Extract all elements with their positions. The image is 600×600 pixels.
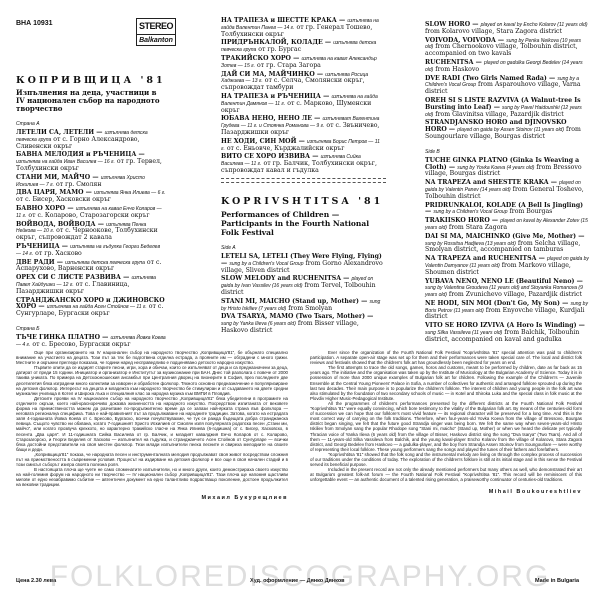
track-item: OREH SI S LISTE RAZVIVA (A Walnut-tree I… (425, 98, 590, 118)
en-subtitle: Performances of Children — Participants … (221, 210, 386, 237)
track-item: НА ТРАПЕЗА и ШЕСТТЕ КРАКА — изпълнява на… (221, 18, 381, 38)
track-item: РЪЧЕНИЦА — изпълнява на гъдулка Георги Б… (16, 244, 166, 258)
en-side-a-label: Side A (221, 245, 386, 251)
track-item: SLOW MELODY and RUCHENITSA — played on g… (221, 276, 386, 296)
track-item: NE HODI, SIN MOI (Don't Go, My Son) — su… (425, 301, 590, 321)
paragraph: Included in the present record are not o… (310, 467, 582, 482)
signature-bg: Михаил Букурещлиев (16, 496, 288, 501)
en-column-3: SLOW HORO — played on kaval by Encho Kol… (425, 22, 590, 346)
track-item: ЛЕТЕЛИ СА, ЛЕТЕЛИ — изпълнява детска пев… (16, 130, 166, 150)
track-item: RUCHENITSA — played on gadulka Georgi Be… (425, 60, 590, 74)
liner-notes-bg: Още при организирането на IV национален … (16, 350, 288, 501)
signature-en: Mihail Boukoureshtliev (310, 490, 582, 495)
track-item: ДВЕ РАДИ — изпълнява детска певческа гру… (16, 260, 166, 274)
bg-side-b-list-start: ТЪЧЕ ГИНКА ПЛАТНО — изпълнява Йовка Коев… (16, 335, 166, 349)
paragraph: "Koprivshtitsa '81" showed that the folk… (310, 452, 582, 467)
balkanton-label: Balkanton (137, 35, 175, 46)
track-item: ВОЙВОДА, ВОЙВОДА — изпълнява Пенка Нейко… (16, 222, 166, 242)
paragraph: All the programmes of children's perform… (310, 401, 582, 452)
track-item: STRANDJANSKO HORO and DJINOVSKO HORO — p… (425, 120, 590, 140)
track-item: ТЪЧЕ ГИНКА ПЛАТНО — изпълнява Йовка Коев… (16, 335, 166, 349)
track-item: ВИТО СЕ ХОРО ИЗВИВА — изпълнява Сийка Ва… (221, 154, 381, 174)
bg-side-a-list: ЛЕТЕЛИ СА, ЛЕТЕЛИ — изпълнява детска пев… (16, 130, 166, 318)
en-side-b-label: Side B (425, 149, 590, 155)
bg-side-b-list: НА ТРАПЕЗА и ШЕСТТЕ КРАКА — изпълнява на… (221, 18, 381, 175)
track-item: НА ТРАПЕЗА и РЪЧЕНИЦА — изпълнява на гай… (221, 94, 381, 114)
track-item: НЕ ХОДИ, СИН МОЙ — изпълнява Борис Петро… (221, 139, 381, 153)
track-item: NA TRAPEZA and RUCHENITSA — played on ga… (425, 256, 590, 276)
paragraph: В настоящата плоча ще чуете не само спом… (16, 467, 288, 487)
track-item: DAI SI MA, MAICHINKO (Give Me, Mother) —… (425, 234, 590, 254)
balkanton-stereo-logo: STEREO Balkanton (136, 18, 176, 46)
paragraph: Първите опити да се издирят старите песн… (16, 365, 288, 396)
track-item: БАВНО ХОРО — изпълнява на кавал Енчо Кол… (16, 206, 166, 220)
bg-side-b-label: Страна Б (16, 326, 166, 332)
divider (221, 178, 386, 183)
track-item: LETELI SA, LETELI (They Were Flying, Fly… (221, 254, 386, 274)
track-item: DVA TSARYA, MAMO (Two Tsars, Mother) — s… (221, 314, 386, 334)
paragraph: Ever since the organization of the Fourt… (310, 350, 582, 365)
bg-title: КОПРИВЩИЦА '81 (16, 75, 166, 86)
track-item: ОРЕХ СИ С ЛИСТЕ РАЗВИВА — изпълнява Паве… (16, 275, 166, 295)
track-item: БАВНА МЕЛОДИЯ и РЪЧЕНИЦА — изпълнява на … (16, 152, 166, 172)
track-item: SLOW HORO — played on kaval by Encho Kol… (425, 22, 590, 36)
track-item: DVE RADI (Two Girls Named Rada) — sung b… (425, 76, 590, 96)
en-title: KOPRIVSHTITSA '81 (221, 196, 386, 207)
track-item: ПРИДРЪНКАЛОЙ, КОЛАДЕ — изпълнява детска … (221, 40, 381, 54)
track-item: YUBAVA NENO, NENO LE (Beautiful Neno) — … (425, 279, 590, 299)
en-side-a-list: SLOW HORO — played on kaval by Encho Kol… (425, 22, 590, 141)
stereo-label: STEREO (137, 19, 175, 35)
en-side-b-list: TUCHE GINKA PLATNO (Ginka Is Weaving a C… (425, 158, 590, 344)
track-item: TRAKIISKO HORO — played on kaval by Alex… (425, 218, 590, 232)
track-item: СТАНИ МИ, МАЙЧО — изпълнява Христо Искил… (16, 175, 166, 189)
track-item: СТРАНДЖАНСКО ХОРО и ДЖИНОВСКО ХОРО — изп… (16, 298, 166, 318)
catalog-number: ВНА 10931 (16, 20, 53, 27)
track-item: VOIVODA, VOIVODA — sung by Penka Neikova… (425, 38, 590, 58)
track-item: VITO SE HORO IZVIVA (A Horo Is Winding) … (425, 323, 590, 343)
paragraph: „Копривщица'81" показа, че народната пес… (16, 452, 288, 467)
bg-side-a-label: Страна А (16, 121, 166, 127)
track-item: ЮБАВА НЕНО, НЕНО ЛЕ — изпълняват Валенти… (221, 116, 381, 136)
watermark: FOLKLOREDISCOGRAPHY.ORG (0, 560, 600, 594)
track-item: ДВА ЦАРЯ, МАМО — изпълнява Янка Илиева —… (16, 190, 166, 204)
track-item: ДАЙ СИ МА, МАЙЧИНКО — изпълнява Росица Х… (221, 72, 381, 92)
track-item: PRIDRUNKALOI, KOLADE (A Bell Is Jingling… (425, 203, 590, 217)
bg-side-b-continued: НА ТРАПЕЗА и ШЕСТТЕ КРАКА — изпълнява на… (221, 18, 381, 177)
paragraph: The first attempts to trace the old song… (310, 365, 582, 401)
en-side-a-list-start: LETELI SA, LETELI (They Were Flying, Fly… (221, 254, 386, 335)
en-header: KOPRIVSHTITSA '81 Performances of Childr… (221, 196, 386, 337)
track-item: NA TRAPEZA and SHESTTE KRAKA — played on… (425, 180, 590, 200)
bg-header: КОПРИВЩИЦА '81 Изпълнения на деца, участ… (16, 75, 166, 351)
track-item: TUCHE GINKA PLATNO (Ginka Is Weaving a C… (425, 158, 590, 178)
liner-notes-en: Ever since the organization of the Fourt… (310, 350, 582, 496)
paragraph: Още при организирането на IV национален … (16, 350, 288, 365)
track-item: STANI MI, MAICHO (Stand up, Mother) — su… (221, 299, 386, 313)
bg-subtitle: Изпълнения на деца, участници в IV нацио… (16, 89, 166, 113)
paragraph: Детските прояви на IV национален събор н… (16, 396, 288, 452)
track-item: ТРАКИЙСКО ХОРО — изпълнява на кавал Алек… (221, 56, 381, 70)
